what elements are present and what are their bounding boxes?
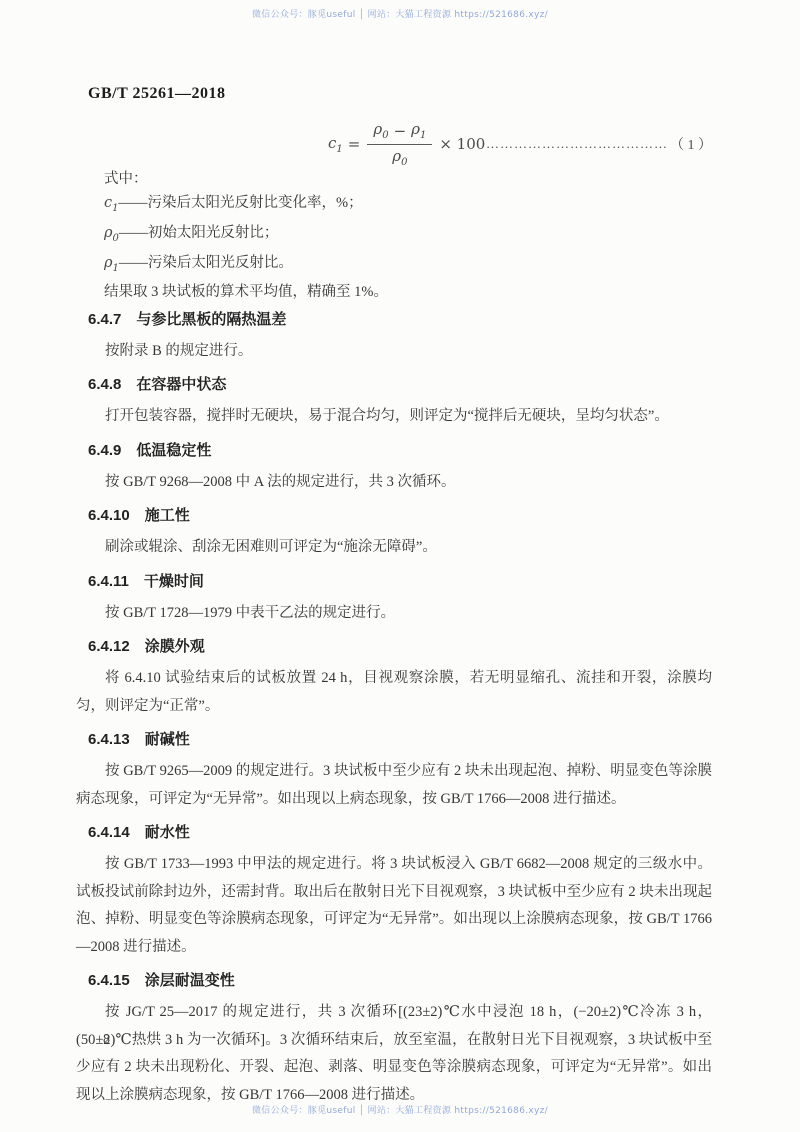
section-title: 耐水性 xyxy=(145,823,190,843)
numerator-rho0-subscript: 0 xyxy=(382,130,388,141)
section-6-4-7: 6.4.7 与参比黑板的隔热温差 按附录 B 的规定进行。 xyxy=(76,310,712,366)
section-6-4-8: 6.4.8 在容器中状态 打开包装容器，搅拌时无硬块，易于混合均匀，则评定为“搅… xyxy=(76,375,712,431)
definition-description: 污染后太阳光反射比。 xyxy=(148,255,293,271)
section-number: 6.4.7 xyxy=(88,310,121,330)
where-clause-intro: 式中： xyxy=(104,168,712,191)
section-6-4-15: 6.4.15 涂层耐温变性 按 JG/T 25—2017 的规定进行，共 3 次… xyxy=(76,971,712,1109)
section-paragraph: 按 GB/T 9265—2009 的规定进行。3 块试板中至少应有 2 块未出现… xyxy=(76,758,712,813)
section-paragraph: 打开包装容器，搅拌时无硬块，易于混合均匀，则评定为“搅拌后无硬块，呈均匀状态”。 xyxy=(76,403,712,431)
definition-description: 初始太阳光反射比； xyxy=(148,225,279,241)
definition-symbol-letter: ρ xyxy=(104,255,113,271)
section-paragraph: 按 GB/T 1733—1993 中甲法的规定进行。将 3 块试板浸入 GB/T… xyxy=(76,851,712,961)
denominator-rho0-symbol: ρ xyxy=(392,147,401,165)
section-paragraph: 按附录 B 的规定进行。 xyxy=(76,338,712,366)
section-title: 低温稳定性 xyxy=(136,441,211,461)
definition-dash: —— xyxy=(119,255,148,271)
document-page: 微信公众号：豚觅useful │ 网站：大猫工程资源 https://52168… xyxy=(0,0,800,1132)
section-6-4-14: 6.4.14 耐水性 按 GB/T 1733—1993 中甲法的规定进行。将 3… xyxy=(76,823,712,961)
definition-dash: —— xyxy=(119,195,148,211)
section-heading: 6.4.10 施工性 xyxy=(88,506,712,526)
definition-symbol-letter: c xyxy=(104,195,112,211)
section-number: 6.4.15 xyxy=(88,971,130,991)
section-6-4-10: 6.4.10 施工性 刷涂或辊涂、刮涂无困难则可评定为“施涂无障碍”。 xyxy=(76,506,712,562)
definition-dash: —— xyxy=(119,225,148,241)
formula-dots: ………………………………… xyxy=(486,136,668,152)
watermark-bottom: 微信公众号：豚觅useful │ 网站：大猫工程资源 https://52168… xyxy=(0,1103,800,1116)
numerator-rho0: ρ0 xyxy=(373,120,388,141)
formula-denominator: ρ0 xyxy=(392,145,407,168)
section-number: 6.4.14 xyxy=(88,823,130,843)
formula-block: c1 = ρ0 − ρ1 ρ0 × 100 ………………………………… （ 1 … xyxy=(76,122,712,166)
section-6-4-13: 6.4.13 耐碱性 按 GB/T 9265—2009 的规定进行。3 块试板中… xyxy=(76,730,712,813)
doc-number: GB/T 25261—2018 xyxy=(88,84,712,104)
formula-equation: c1 = ρ0 − ρ1 ρ0 × 100 xyxy=(328,120,490,168)
section-paragraph: 按 JG/T 25—2017 的规定进行，共 3 次循环[(23±2)℃水中浸泡… xyxy=(76,999,712,1109)
definition-symbol-letter: ρ xyxy=(104,225,113,241)
definition-description: 污染后太阳光反射比变化率，%； xyxy=(148,195,363,211)
definition-c1: c1——污染后太阳光反射比变化率，%； xyxy=(104,191,712,221)
formula-fraction: ρ0 − ρ1 ρ0 xyxy=(367,120,432,168)
definition-rho0: ρ0——初始太阳光反射比； xyxy=(104,221,712,251)
page-number: 8 xyxy=(103,1032,110,1048)
section-title: 与参比黑板的隔热温差 xyxy=(136,310,286,330)
section-title: 施工性 xyxy=(145,506,190,526)
section-number: 6.4.10 xyxy=(88,506,130,526)
numerator-rho1: ρ1 xyxy=(411,120,426,141)
definition-rho1: ρ1——污染后太阳光反射比。 xyxy=(104,251,712,281)
formula-lhs: c1 xyxy=(328,134,343,155)
formula-factor: × 100 xyxy=(439,135,485,153)
section-number: 6.4.12 xyxy=(88,637,130,657)
numerator-rho1-symbol: ρ xyxy=(411,120,420,138)
section-heading: 6.4.7 与参比黑板的隔热温差 xyxy=(88,310,712,330)
numerator-rho1-subscript: 1 xyxy=(420,130,426,141)
section-number: 6.4.9 xyxy=(88,441,121,461)
page-content: GB/T 25261—2018 c1 = ρ0 − ρ1 ρ0 × 100 xyxy=(76,84,712,1109)
formula-reference: ………………………………… （ 1 ） xyxy=(486,134,712,154)
denominator-rho0-subscript: 0 xyxy=(401,157,407,168)
section-title: 干燥时间 xyxy=(144,572,204,592)
watermark-top: 微信公众号：豚觅useful │ 网站：大猫工程资源 https://52168… xyxy=(0,7,800,20)
numerator-rho0-symbol: ρ xyxy=(373,120,382,138)
section-paragraph: 按 GB/T 1728—1979 中表干乙法的规定进行。 xyxy=(76,600,712,628)
section-title: 耐碱性 xyxy=(145,730,190,750)
section-number: 6.4.8 xyxy=(88,375,121,395)
section-6-4-12: 6.4.12 涂膜外观 将 6.4.10 试验结束后的试板放置 24 h，目视观… xyxy=(76,637,712,720)
result-note: 结果取 3 块试板的算术平均值，精确至 1%。 xyxy=(104,281,712,304)
section-heading: 6.4.11 干燥时间 xyxy=(88,572,712,592)
section-paragraph: 将 6.4.10 试验结束后的试板放置 24 h，目视观察涂膜，若无明显缩孔、流… xyxy=(76,665,712,720)
formula-lhs-subscript: 1 xyxy=(336,144,342,155)
section-heading: 6.4.13 耐碱性 xyxy=(88,730,712,750)
section-heading: 6.4.12 涂膜外观 xyxy=(88,637,712,657)
section-title: 涂层耐温变性 xyxy=(145,971,235,991)
section-paragraph: 刷涂或辊涂、刮涂无困难则可评定为“施涂无障碍”。 xyxy=(76,534,712,562)
definition-symbol: ρ1 xyxy=(104,255,119,271)
section-number: 6.4.11 xyxy=(88,572,129,592)
formula-equals: = xyxy=(348,135,361,153)
section-title: 涂膜外观 xyxy=(145,637,205,657)
section-title: 在容器中状态 xyxy=(136,375,226,395)
formula-minus: − xyxy=(394,122,407,140)
section-6-4-11: 6.4.11 干燥时间 按 GB/T 1728—1979 中表干乙法的规定进行。 xyxy=(76,572,712,628)
denominator-rho0: ρ0 xyxy=(392,147,407,165)
section-heading: 6.4.14 耐水性 xyxy=(88,823,712,843)
section-6-4-9: 6.4.9 低温稳定性 按 GB/T 9268—2008 中 A 法的规定进行，… xyxy=(76,441,712,497)
section-paragraph: 按 GB/T 9268—2008 中 A 法的规定进行，共 3 次循环。 xyxy=(76,469,712,497)
section-heading: 6.4.15 涂层耐温变性 xyxy=(88,971,712,991)
definition-symbol: c1 xyxy=(104,195,119,211)
section-number: 6.4.13 xyxy=(88,730,130,750)
definition-symbol: ρ0 xyxy=(104,225,119,241)
formula-number: （ 1 ） xyxy=(670,134,712,154)
formula-numerator: ρ0 − ρ1 xyxy=(367,120,432,145)
section-heading: 6.4.8 在容器中状态 xyxy=(88,375,712,395)
section-heading: 6.4.9 低温稳定性 xyxy=(88,441,712,461)
